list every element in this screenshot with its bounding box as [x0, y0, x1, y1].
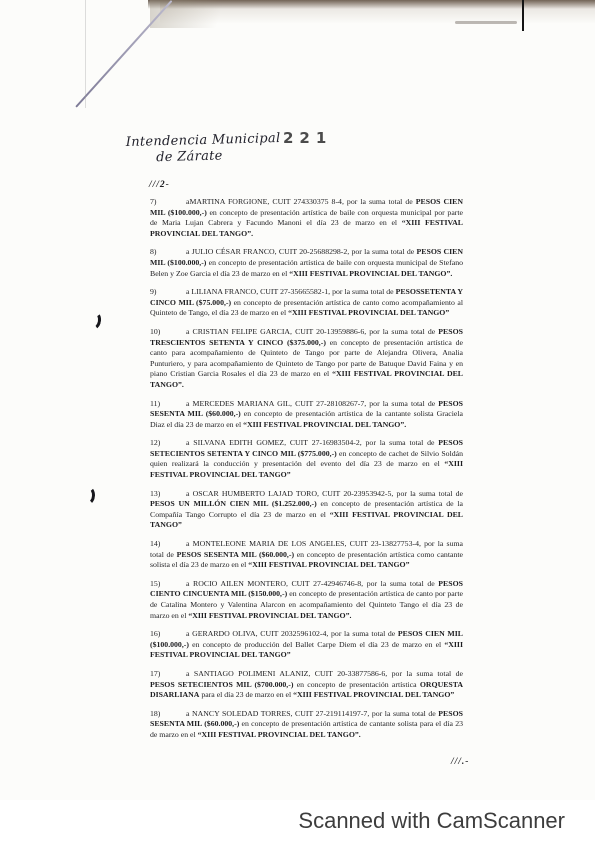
item-text-segment: PESOS SETECIENTOS MIL ($700.000,-)	[150, 680, 293, 689]
item-number: 11)	[150, 399, 186, 410]
item-text-segment: a OSCAR HUMBERTO LAJAD TORO, CUIT 20-239…	[186, 489, 463, 498]
list-item: 18)a NANCY SOLEDAD TORRES, CUIT 27-21911…	[150, 709, 463, 741]
list-item: 10)a CRISTIAN FELIPE GARCIA, CUIT 20-139…	[150, 327, 463, 391]
list-item: 17)a SANTIAGO POLIMENI ALANIZ, CUIT 20-3…	[150, 669, 463, 701]
item-text-segment: a CRISTIAN FELIPE GARCIA, CUIT 20-139598…	[186, 327, 438, 336]
item-text-segment: “XIII FESTIVAL PROVINCIAL DEL TANGO”.	[198, 730, 361, 739]
item-number: 8)	[150, 247, 186, 258]
item-text-segment: “XIII FESTIVAL PROVINCIAL DEL TANGO”	[288, 308, 449, 317]
page-number-stamp: 221	[283, 129, 332, 147]
corner-fold-crease-line	[75, 0, 172, 108]
list-item: 15)a ROCIO AILEN MONTERO, CUIT 27-429467…	[150, 579, 463, 621]
item-number: 18)	[150, 709, 186, 720]
list-item: 11)a MERCEDES MARIANA GIL, CUIT 27-28108…	[150, 399, 463, 431]
list-item: 7)aMARTINA FORGIONE, CUIT 274330375 8-4,…	[150, 197, 463, 239]
list-item: 12)a SILVANA EDITH GOMEZ, CUIT 27-169835…	[150, 438, 463, 480]
item-text-segment: a MERCEDES MARIANA GIL, CUIT 27-28108267…	[186, 399, 438, 408]
scan-smudge-artifact	[455, 21, 517, 24]
item-text-segment: para el día 23 de marzo en el	[199, 690, 293, 699]
continuation-mark-bottom: ///.-	[451, 757, 469, 767]
item-text-segment: a NANCY SOLEDAD TORRES, CUIT 27-21911419…	[186, 709, 438, 718]
item-text-segment: en concepto de producción del Ballet Car…	[189, 640, 444, 649]
item-number: 15)	[150, 579, 186, 590]
item-text-segment: “XIII FESTIVAL PROVINCIAL DEL TANGO”.	[243, 420, 406, 429]
item-number: 7)	[150, 197, 186, 208]
list-item: 9)a LILIANA FRANCO, CUIT 27-35665582-1, …	[150, 287, 463, 319]
letterhead: Intendencia Municipal de Zárate	[126, 131, 281, 167]
item-number: 13)	[150, 489, 186, 500]
item-text-segment: aMARTINA FORGIONE, CUIT 274330375 8-4, p…	[186, 197, 416, 206]
item-text-segment: “XIII FESTIVAL PROVINCIAL DEL TANGO”	[293, 690, 454, 699]
item-number: 10)	[150, 327, 186, 338]
ink-mark-artifact	[79, 485, 95, 505]
item-number: 16)	[150, 629, 186, 640]
document-items: 7)aMARTINA FORGIONE, CUIT 274330375 8-4,…	[150, 197, 463, 749]
scan-vertical-line-artifact	[522, 0, 524, 31]
list-item: 8)a JULIO CÉSAR FRANCO, CUIT 20-25688298…	[150, 247, 463, 279]
list-item: 16)a GERARDO OLIVA, CUIT 2032596102-4, p…	[150, 629, 463, 661]
item-text-segment: en concepto de presentación artística	[293, 680, 419, 689]
item-text-segment: PESOS UN MILLÓN CIEN MIL ($1.252.000,-)	[150, 499, 317, 508]
item-text-segment: a GERARDO OLIVA, CUIT 2032596102-4, por …	[186, 629, 398, 638]
item-text-segment: a SILVANA EDITH GOMEZ, CUIT 27-16983504-…	[186, 438, 438, 447]
camscanner-footer-bar: Scanned with CamScanner	[0, 800, 595, 842]
list-item: 13)a OSCAR HUMBERTO LAJAD TORO, CUIT 20-…	[150, 489, 463, 531]
item-text-segment: PESOS SESENTA MIL ($60.000,-)	[177, 550, 294, 559]
scanned-document-page: Intendencia Municipal de Zárate 221 ///2…	[0, 0, 595, 842]
page-edge-line	[85, 0, 86, 108]
item-text-segment: a ROCIO AILEN MONTERO, CUIT 27-42946746-…	[186, 579, 438, 588]
ink-mark-artifact	[84, 310, 102, 331]
corner-fold-shade	[150, 0, 245, 28]
item-text-segment: a SANTIAGO POLIMENI ALANIZ, CUIT 20-3387…	[186, 669, 463, 678]
item-text-segment: a JULIO CÉSAR FRANCO, CUIT 20-25688298-2…	[186, 247, 417, 256]
continuation-mark-top: ///2-	[149, 180, 170, 190]
item-number: 17)	[150, 669, 186, 680]
letterhead-line2: de Zárate	[156, 147, 281, 166]
item-text-segment: “XIII FESTIVAL PROVINCIAL DEL TANGO”.	[188, 611, 351, 620]
item-number: 12)	[150, 438, 186, 449]
item-number: 9)	[150, 287, 186, 298]
item-text-segment: “XIII FESTIVAL PROVINCIAL DEL TANGO”	[248, 560, 409, 569]
item-text-segment: a LILIANA FRANCO, CUIT 27-35665582-1, po…	[186, 287, 396, 296]
item-number: 14)	[150, 539, 186, 550]
item-text-segment: “XIII FESTIVAL PROVINCIAL DEL TANGO”.	[289, 269, 452, 278]
camscanner-footer-text: Scanned with CamScanner	[298, 808, 565, 834]
list-item: 14)a MONTELEONE MARIA DE LOS ANGELES, CU…	[150, 539, 463, 571]
